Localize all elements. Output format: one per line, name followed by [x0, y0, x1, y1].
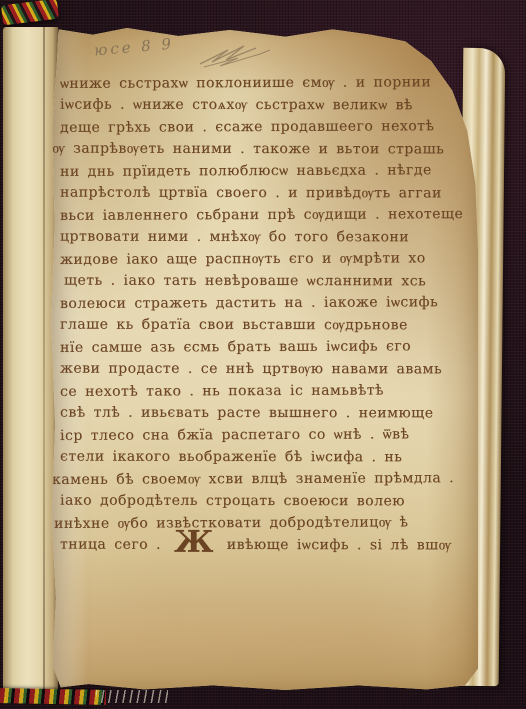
- text-line: се нехотѣ тако . нь показа іс намьвѣтѣ: [60, 379, 468, 403]
- text-line: ѡниже сьстрахѡ поклониише ємѹ . и порнии: [60, 71, 468, 95]
- text-line: напрѣстолѣ цртвїа своего . и привѣдѹть а…: [60, 182, 468, 205]
- final-line-end: ивѣюще іѡсифь . ѕі лѣ вшѹ: [227, 537, 452, 553]
- text-line: деще грѣхь свои . єсаже продавшеего нехо…: [60, 115, 468, 139]
- text-line: іѡсифь . ѡниже стоѧхѹ сьстрахѡ великѡ вѣ: [60, 94, 468, 117]
- endband-top: [1, 0, 59, 25]
- endband-bottom: [0, 688, 106, 705]
- text-line-final: тница сего . Ж ивѣюще іѡсифь . ѕі лѣ вшѹ: [60, 534, 468, 557]
- manuscript-page: юсе 8 9 136 ѡниже сьстрахѡ поклониише єм…: [50, 24, 478, 692]
- text-block: ѡниже сьстрахѡ поклониише ємѹ . и порнии…: [60, 72, 468, 556]
- text-line: нїе самше азь єсмь брать вашь іѡсифь єго: [60, 335, 468, 359]
- header-pencil-annotation: юсе 8 9: [93, 35, 174, 60]
- text-line: хѹ запрѣвѹеть наними . такоже и вьтои ст…: [44, 138, 468, 161]
- text-line: свѣ тлѣ . ивьєвать расте вышнего . неимю…: [60, 402, 468, 425]
- text-line: волеюси стражеть дастить на . іакоже іѡс…: [60, 291, 468, 315]
- text-line: инѣхне ѹбо извѣстковати добродѣтелицѹ ѣ: [54, 511, 468, 535]
- text-line: іср тлесо сна бжїа распетаго со ѡнѣ . ѿв…: [60, 423, 468, 447]
- text-line: камень бѣ своемѹ хсви влцѣ знаменїе прѣм…: [52, 467, 468, 491]
- facing-page-edge: [3, 27, 58, 690]
- text-line: щеть . іако тать невѣроваше ѡсланними хс…: [64, 270, 468, 293]
- pen-scribble-icon: [198, 40, 274, 70]
- text-line: єтели ікакого вьображенїе бѣ іѡсифа . нь: [60, 446, 468, 469]
- manuscript-photo: юсе 8 9 136 ѡниже сьстрахѡ поклониише єм…: [0, 0, 526, 709]
- text-line: жидове іако аще распнѹть єго и ѹмрѣти хо: [60, 247, 468, 271]
- text-line: жеви продасте . се ннѣ цртвѹю навами ава…: [60, 358, 468, 381]
- final-line-start: тница сего .: [60, 537, 161, 553]
- text-line: ни днь прїидеть полюблюсѡ навьєдха . нѣг…: [60, 159, 468, 183]
- text-line: іако добродѣтель строцать своеюси волею: [60, 490, 468, 513]
- endband-fray-threads: [96, 690, 168, 703]
- text-line: цртвовати ними . мнѣхѹ бо того безакони: [60, 226, 468, 249]
- text-line: глаше кь братїа свои вьставши сѹдрьнове: [60, 314, 468, 337]
- gutter-crease: [43, 27, 45, 690]
- text-line: вьси іавленнего сьбрани прѣ сѹдищи . нех…: [60, 203, 468, 227]
